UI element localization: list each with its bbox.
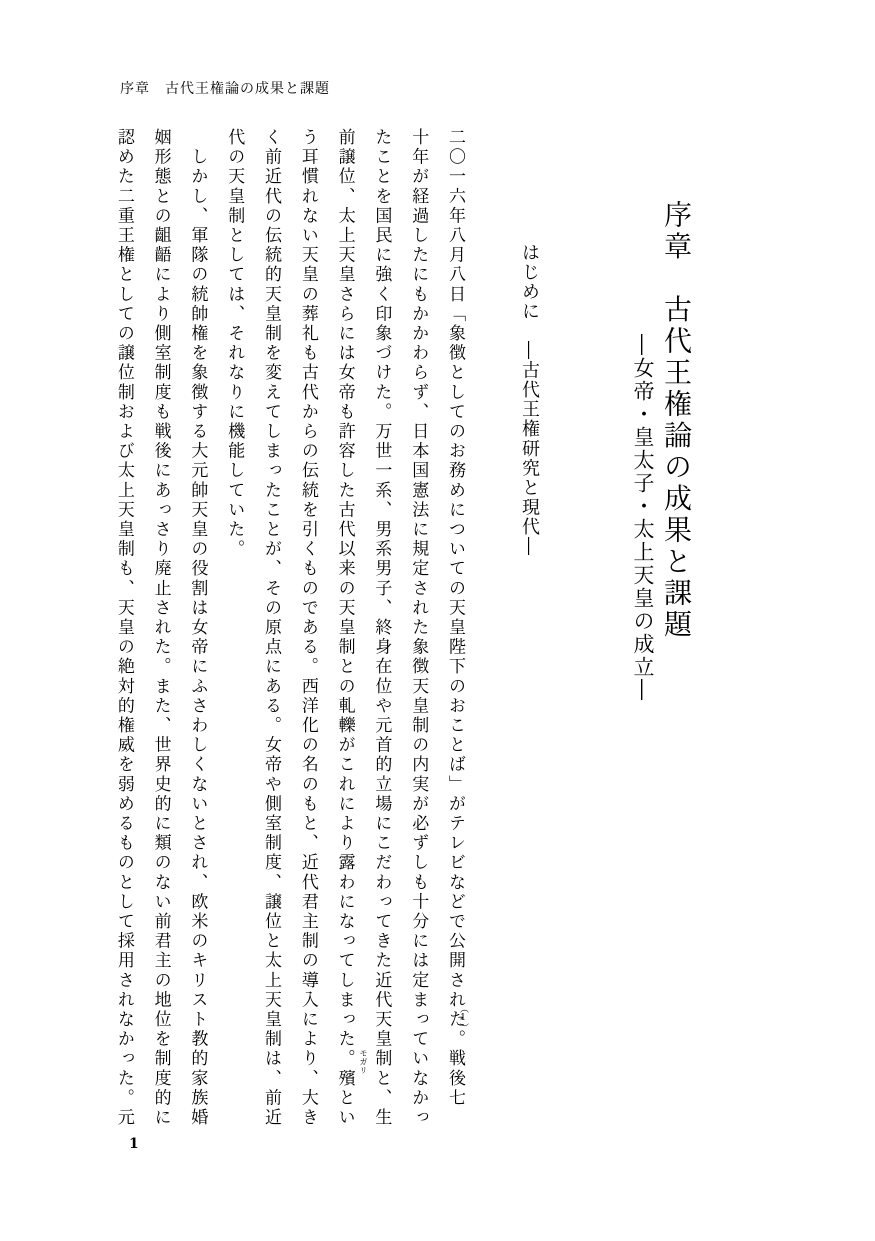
body-column: う耳慣れない天皇の葬礼も古代からの伝統を引くものである。西洋化の名のもと、近代君…	[289, 128, 326, 1140]
chapter-title: 序章 古代王権論の成果と課題	[658, 200, 694, 641]
body-column: 前譲位、太上天皇さらには女帝も許容した古代以来の天皇制との軋轢がこれにより露わに…	[326, 128, 363, 1140]
body-column: 十年が経過したにもかかわらず、日本国憲法に規定された象徴天皇制の内実が必ずしも十…	[399, 128, 436, 1140]
running-header: 序章 古代王権論の成果と課題	[120, 78, 330, 98]
body-column: く前近代の伝統的天皇制を変えてしまったことが、その原点にある。女帝や側室制度、譲…	[252, 128, 289, 1140]
footnote-marker: （1）	[458, 1004, 468, 1032]
body-column: 姻形態との齟齬により側室制度も戦後にあっさり廃止された。また、世界史的に類のない…	[142, 128, 179, 1140]
body-column: 二〇一六年八月八日「象徴としてのお務めについての天皇陛下のおことば」がテレビなど…	[436, 128, 473, 1140]
furigana-ruby: モガリ	[359, 1049, 368, 1075]
body-column: 代の天皇制としては、それなりに機能していた。	[215, 128, 252, 1140]
section-heading: はじめに ―古代王権研究と現代―	[516, 243, 542, 557]
book-page: 序章 古代王権論の成果と課題 序章 古代王権論の成果と課題 ―女帝・皇太子・太上…	[0, 0, 875, 1241]
body-column: しかし、軍隊の統帥権を象徴する大元帥天皇の役割は女帝にふさわしくないとされ、欧米…	[179, 128, 216, 1140]
body-text: 二〇一六年八月八日「象徴としてのお務めについての天皇陛下のおことば」がテレビなど…	[105, 128, 473, 1140]
chapter-subtitle: ―女帝・皇太子・太上天皇の成立―	[629, 334, 657, 702]
body-column: たことを国民に強く印象づけた。万世一系、男系男子、終身在位や元首的立場にこだわっ…	[363, 128, 400, 1140]
body-column: 認めた二重王権としての譲位制および太上天皇制も、天皇の絶対的権威を弱めるものとし…	[105, 128, 142, 1140]
page-number: 1	[129, 1136, 139, 1152]
